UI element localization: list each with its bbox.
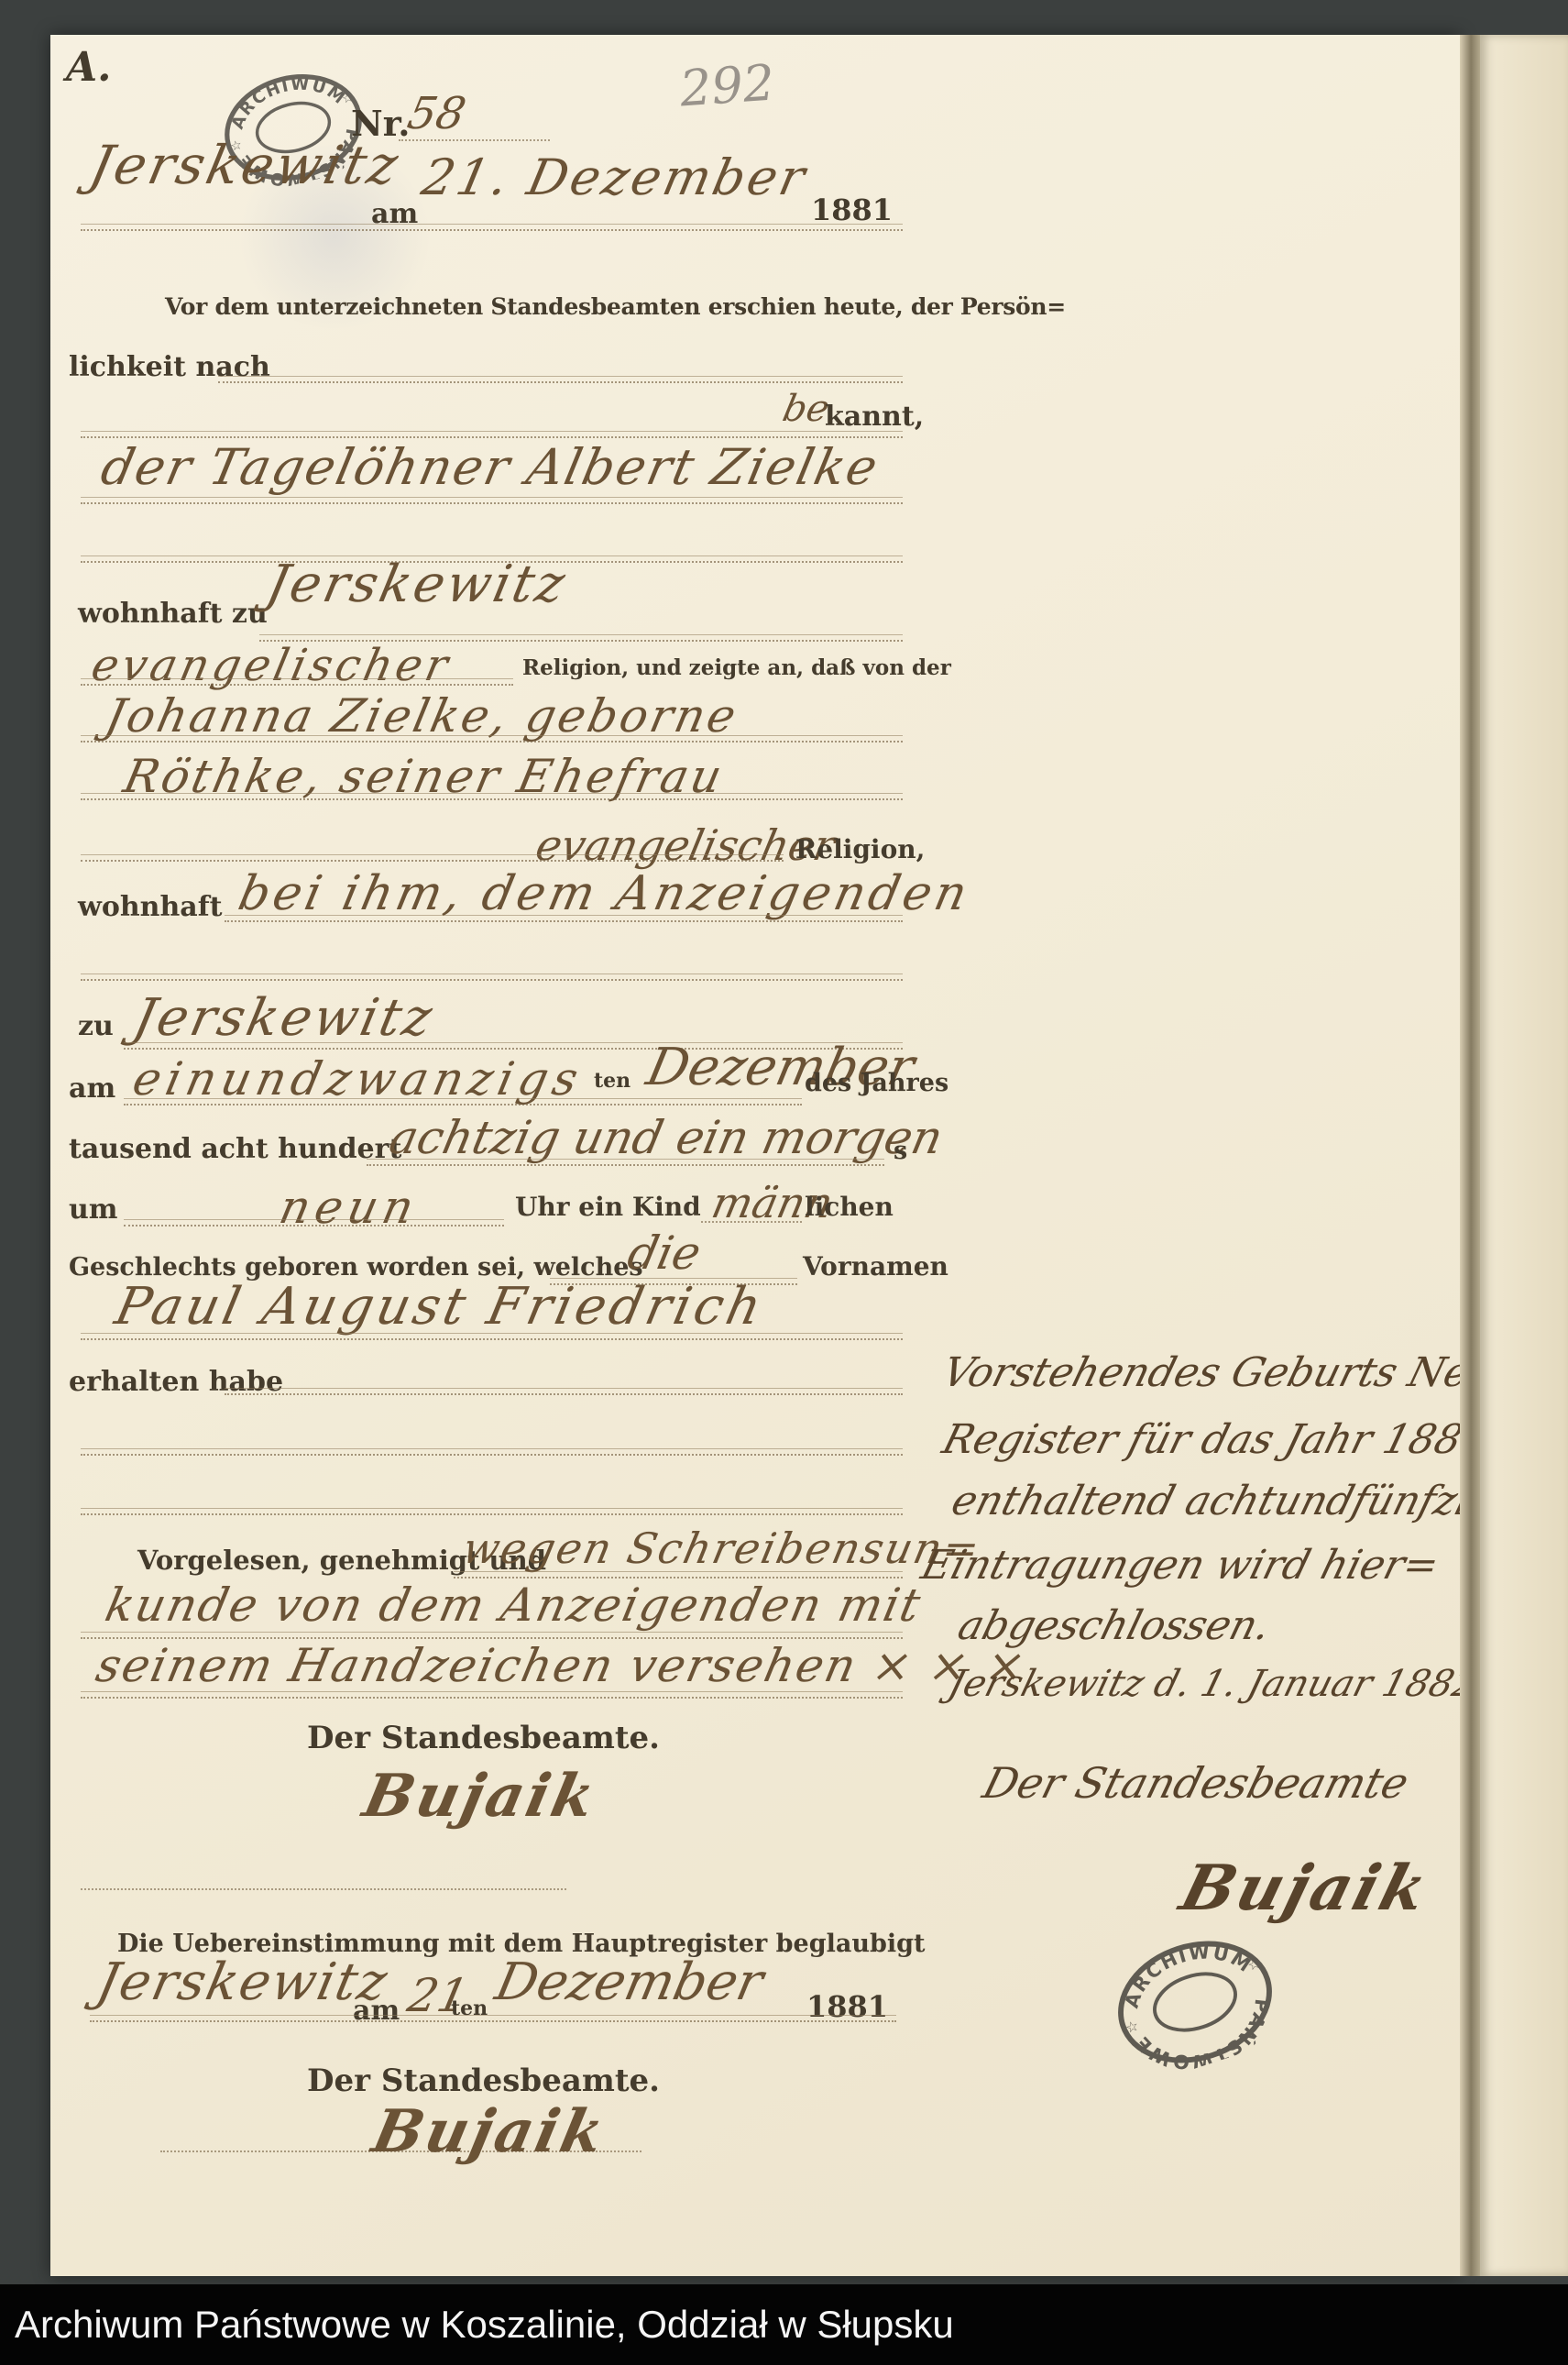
header-year: 1881 [811, 192, 893, 227]
ruled-line [81, 1508, 903, 1515]
ruled-line [81, 854, 784, 862]
printed-uhr-ein-kind: Uhr ein Kind [515, 1192, 701, 1222]
margin-note-line: Jerskewitz d. 1. Januar 1882 [944, 1663, 1482, 1705]
svg-text:PAŃSTWOWE: PAŃSTWOWE [1128, 1992, 1288, 2088]
ruled-line [81, 973, 903, 981]
printed-wohnhaft: wohnhaft [78, 891, 222, 923]
printed-religion-zeigte: Religion, und zeigte an, daß von der [522, 655, 951, 680]
ruled-line [701, 1219, 802, 1223]
svg-text:ARCHIWUM: ARCHIWUM [1109, 1923, 1260, 2016]
entry-birth-year-words: achtzig und ein morgen [385, 1111, 948, 1164]
document-page: A. ARCHIWUM PAŃSTWOWE ☆ ☆ Nr. 58 292 Jer… [50, 35, 1460, 2276]
stamp-text-top: ARCHIWUM [1109, 1923, 1260, 2016]
ruled-line [454, 1571, 903, 1578]
entry-birthplace: Jerskewitz [128, 988, 440, 1048]
margin-note-line: Eintragungen wird hier= [916, 1542, 1444, 1589]
closing-hw-2: kunde von dem Anzeigenden mit [101, 1578, 927, 1632]
ruled-line [81, 1448, 903, 1456]
entry-residence-2: bei ihm, dem Anzeigenden [234, 866, 975, 921]
entry-declarant: der Tagelöhner Albert Zielke [96, 438, 884, 496]
stamp-text-top: ARCHIWUM [220, 62, 352, 136]
ruled-line [81, 735, 903, 742]
page-fold-shadow [1460, 35, 1480, 2276]
scanned-register-page: A. ARCHIWUM PAŃSTWOWE ☆ ☆ Nr. 58 292 Jer… [0, 0, 1568, 2365]
ruled-line [81, 1333, 903, 1340]
printed-zu: zu [78, 1010, 114, 1042]
closing-hw-3: seinem Handzeichen versehen × × × [92, 1639, 1032, 1692]
archive-caption: Archiwum Państwowe w Koszalinie, Oddział… [15, 2284, 954, 2365]
ruled-line [367, 1159, 884, 1166]
registrar-signature-2: Bujaik [367, 2097, 612, 2166]
margin-signature: Bujaik [1173, 1852, 1437, 1925]
printed-bekannt: kannt, [825, 401, 924, 433]
header-place: Jerskewitz [84, 134, 406, 196]
record-number-value: 58 [403, 88, 470, 139]
pencil-page-number: 292 [678, 53, 776, 117]
printed-lichen: lichen [805, 1192, 894, 1222]
ruled-line [124, 1098, 802, 1105]
ruled-line [124, 1219, 504, 1226]
margin-note-line: abgeschlossen. [953, 1602, 1276, 1649]
intro-line-1: Vor dem unterzeichneten Standesbeamten e… [165, 293, 1066, 320]
ruled-line [81, 1632, 903, 1639]
archive-caption-bar: Archiwum Państwowe w Koszalinie, Oddział… [0, 2284, 1568, 2365]
margin-note-line: Der Standesbeamte [978, 1758, 1414, 1808]
ruled-line [81, 1691, 903, 1699]
margin-note-line: enthaltend achtundfünfzig [947, 1478, 1501, 1524]
archive-stamp-bottom: ARCHIWUM PAŃSTWOWE ☆ ☆ [1098, 1917, 1292, 2087]
ruled-line [81, 431, 903, 438]
entry-residence: Jerskewitz [261, 555, 573, 614]
ruled-line [225, 915, 903, 922]
form-corner-letter: A. [66, 44, 111, 91]
printed-religion: Religion, [795, 834, 925, 864]
ruled-line [81, 497, 903, 504]
entry-die-hw: die [623, 1226, 706, 1280]
printed-am-2: am [69, 1072, 115, 1105]
margin-note-line: Register für das Jahr 1881 [938, 1416, 1493, 1463]
ruled-line [81, 224, 903, 231]
ruled-line [90, 2015, 896, 2022]
adjacent-page-edge [1480, 35, 1568, 2276]
ruled-line [218, 376, 903, 383]
printed-um: um [69, 1193, 118, 1226]
svg-text:ARCHIWUM: ARCHIWUM [220, 62, 352, 136]
stamp-star-icon: ☆ [1245, 1954, 1263, 1974]
entry-religion-2: evangelischer [532, 820, 839, 870]
closing-hw-1: wegen Schreibensun= [458, 1523, 986, 1573]
printed-tausend: tausend acht hundert [69, 1133, 401, 1165]
printed-ten: ten [594, 1069, 630, 1093]
registrar-title-1: Der Standesbeamte. [307, 1720, 660, 1756]
entry-given-names: Paul August Friedrich [110, 1277, 770, 1336]
printed-wohnhaft-zu: wohnhaft zu [78, 598, 268, 630]
certification-place: Jerskewitz [92, 1952, 394, 2012]
ruled-line [81, 793, 903, 800]
printed-s: s [894, 1137, 907, 1165]
printed-des-jahres: des Jahres [805, 1069, 948, 1097]
printed-vornamen: Vornamen [803, 1251, 948, 1281]
ruled-line [81, 678, 513, 686]
registrar-signature-1: Bujaik [357, 1762, 603, 1831]
ruled-line [225, 1388, 903, 1395]
certification-month: Dezember [490, 1952, 768, 2012]
ruled-line [399, 137, 550, 141]
registrar-title-2: Der Standesbeamte. [307, 2062, 660, 2099]
header-date: 21. Dezember [417, 148, 813, 206]
ruled-line [81, 1886, 566, 1890]
stamp-text-bottom: PAŃSTWOWE [1128, 1992, 1288, 2088]
